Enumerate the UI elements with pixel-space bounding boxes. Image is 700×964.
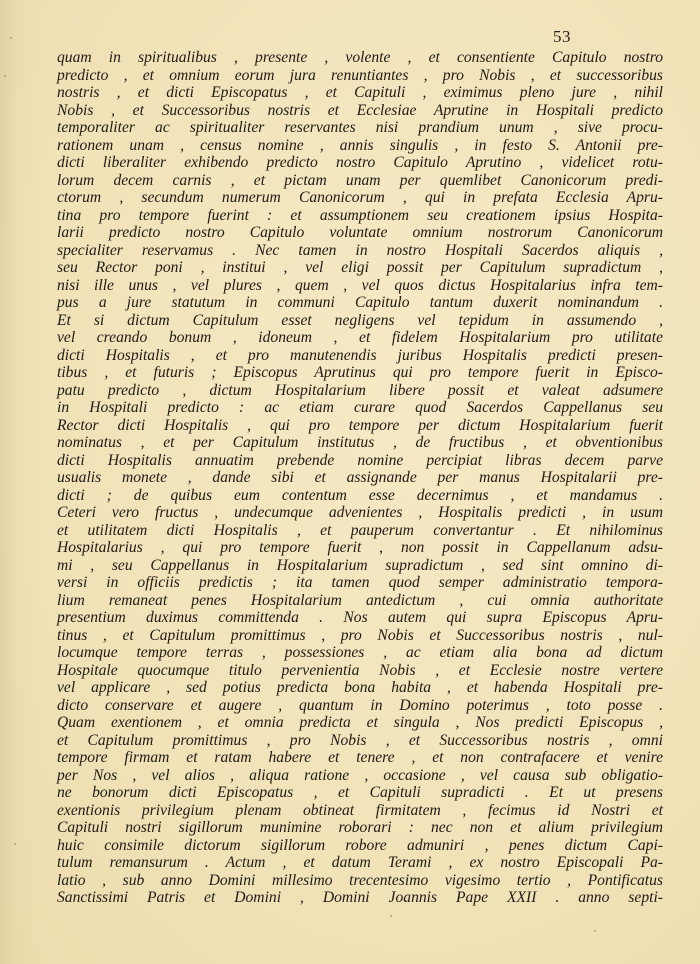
text-line: Nobis , et Successoribus nostris et Eccl… — [57, 102, 663, 120]
text-line: temporaliter ac spiritualiter reservante… — [57, 119, 663, 137]
text-line: mi , seu Cappellanus in Hospitalarium su… — [57, 557, 663, 575]
text-line: versi in officiis predictis ; ita tamen … — [57, 574, 663, 592]
text-line: seu Rector poni , institui , vel eligi p… — [57, 259, 663, 277]
text-line: nominatus , et per Capitulum institutus … — [57, 434, 663, 452]
paper-speck — [594, 930, 596, 932]
text-line: ne bonorum dicti Episcopatus , et Capitu… — [57, 784, 663, 802]
text-line: presentium duximus committenda . Nos aut… — [57, 609, 663, 627]
paper-speck — [4, 75, 6, 77]
text-line: latio , sub anno Domini millesimo trecen… — [57, 872, 663, 890]
text-line: dicto conservare et augere , quantum in … — [57, 697, 663, 715]
text-line: ctorum , secundum numerum Canonicorum , … — [57, 189, 663, 207]
text-line: locumque tempore terras , possessiones ,… — [57, 644, 663, 662]
page-number: 53 — [553, 27, 571, 47]
text-line: tulum remansurum . Actum , et datum Tera… — [57, 854, 663, 872]
text-line: patu predicto , dictum Hospitalarium lib… — [57, 382, 663, 400]
paper-speck — [390, 915, 392, 917]
text-line: tinus , et Capitulum promittimus , pro N… — [57, 627, 663, 645]
text-line: tibus , et futuris ; Episcopus Aprutinus… — [57, 364, 663, 382]
text-line: larii predicto nostro Capitulo voluntate… — [57, 224, 663, 242]
text-line: in Hospitali predicto : ac etiam curare … — [57, 399, 663, 417]
text-line: et Capitulum promittimus , pro Nobis , e… — [57, 732, 663, 750]
text-line: predicto , et omnium eorum jura renuntia… — [57, 67, 663, 85]
paper-speck — [10, 37, 12, 39]
text-line: Quam exentionem , et omnia predicta et s… — [57, 714, 663, 732]
text-line: pus a jure statutum in communi Capitulo … — [57, 294, 663, 312]
text-line: lorum decem carnis , et pictam unam per … — [57, 172, 663, 190]
text-line: dicti Hospitalis annuatim prebende nomin… — [57, 452, 663, 470]
text-line: Et si dictum Capitulum esset negligens v… — [57, 312, 663, 330]
text-line: quam in spiritualibus , presente , volen… — [57, 49, 663, 67]
text-line: tina pro tempore fuerint : et assumption… — [57, 207, 663, 225]
book-page: 53 quam in spiritualibus , presente , vo… — [0, 0, 700, 964]
text-line: Hospitale quocumque titulo pervenientia … — [57, 662, 663, 680]
text-line: tempore firmam et ratam habere et tenere… — [57, 749, 663, 767]
text-line: exentionis privilegium plenam obtineat f… — [57, 802, 663, 820]
text-line: dicti liberaliter exhibendo predicto nos… — [57, 154, 663, 172]
body-text: quam in spiritualibus , presente , volen… — [57, 49, 663, 907]
text-line: Sanctissimi Patris et Domini , Domini Jo… — [57, 889, 663, 907]
text-line: nostris , et dicti Episcopatus , et Capi… — [57, 84, 663, 102]
text-line: lium remaneat penes Hospitalarium antedi… — [57, 592, 663, 610]
text-line: et utilitatem dicti Hospitalis , et paup… — [57, 522, 663, 540]
paper-speck — [14, 843, 16, 845]
text-line: dicti ; de quibus eum contentum esse dec… — [57, 487, 663, 505]
text-line: vel applicare , sed potius predicta bona… — [57, 679, 663, 697]
text-line: nisi ille unus , vel plures , quem , vel… — [57, 277, 663, 295]
text-line: Hospitalarius , qui pro tempore fuerit ,… — [57, 539, 663, 557]
text-line: huic consimile dictorum sigillorum robor… — [57, 837, 663, 855]
text-line: vel creando bonum , idoneum , et fidelem… — [57, 329, 663, 347]
text-line: usualis monete , dande sibi et assignand… — [57, 469, 663, 487]
text-line: per Nos , vel alios , aliqua ratione , o… — [57, 767, 663, 785]
text-line: Ceteri vero fructus , undecumque advenie… — [57, 504, 663, 522]
text-line: Rector dicti Hospitalis , qui pro tempor… — [57, 417, 663, 435]
text-line: specialiter reservamus . Nec tamen in no… — [57, 242, 663, 260]
text-line: rationem unam , census nomine , annis si… — [57, 137, 663, 155]
text-line: dicti Hospitalis , et pro manutenendis j… — [57, 347, 663, 365]
text-line: Capituli nostri sigillorum munimine robo… — [57, 819, 663, 837]
